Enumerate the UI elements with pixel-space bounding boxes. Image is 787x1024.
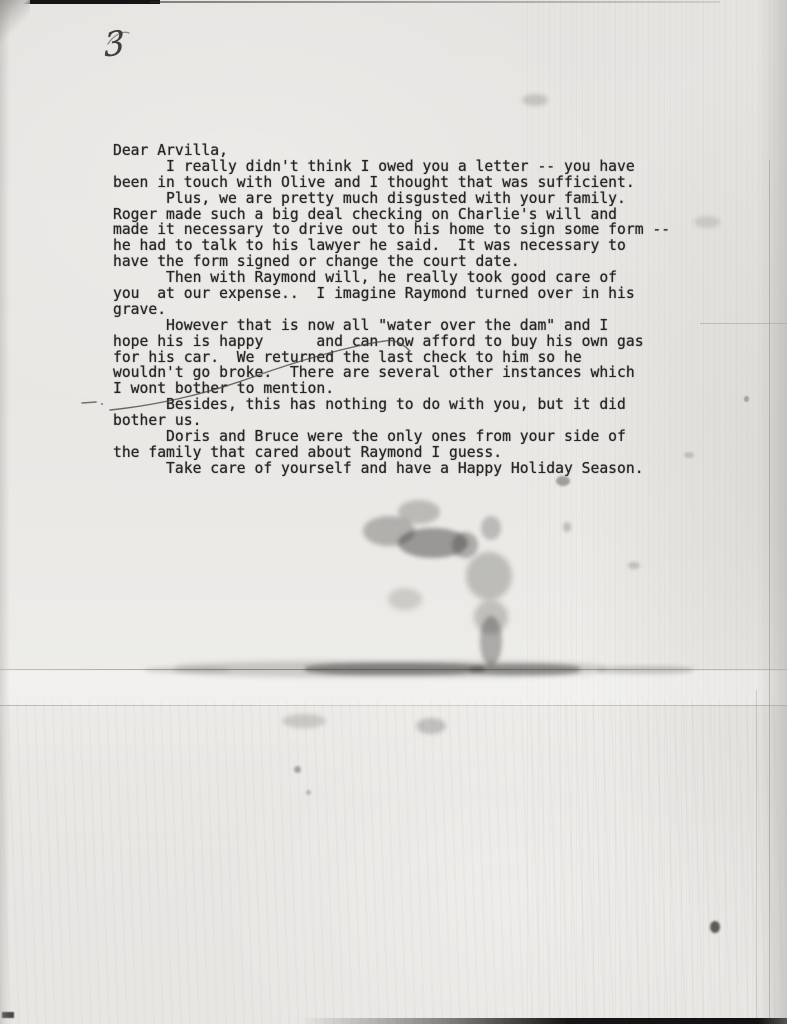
letter-line: I wont bother to mention.: [113, 381, 670, 397]
ink-smudge-band: [175, 661, 605, 677]
letter-line: However that is now all "water over the …: [113, 318, 670, 334]
letter-line: Plus, we are pretty much disgusted with …: [113, 191, 670, 207]
ink-smudge: [294, 766, 301, 773]
letter-body: Dear Arvilla, I really didn't think I ow…: [113, 143, 670, 477]
scan-edge-top: [150, 1, 720, 3]
paper-texture-streaks-bottom: [0, 700, 787, 1024]
fold-crease: [0, 669, 787, 670]
scan-edge-left-shade: [0, 0, 10, 1024]
ink-smudge: [466, 552, 512, 600]
ink-smudge: [628, 562, 640, 569]
fold-crease: [0, 705, 787, 706]
letter-line: he had to talk to his lawyer he said. It…: [113, 238, 670, 254]
letter-line: made it necessary to drive out to his ho…: [113, 222, 670, 238]
ink-smudge: [282, 714, 326, 728]
letter-line: have the form signed or change the court…: [113, 254, 670, 270]
ink-smudge: [556, 476, 570, 486]
ink-smudge: [694, 216, 720, 228]
letter-line: the family that cared about Raymond I gu…: [113, 445, 670, 461]
ink-smudge: [398, 528, 468, 558]
ink-smudge-band: [470, 664, 580, 675]
letter-line: grave.: [113, 302, 670, 318]
ink-smudge: [480, 616, 502, 666]
ink-smudge: [744, 396, 749, 402]
letter-line: been in touch with Olive and I thought t…: [113, 175, 670, 191]
fold-crease: [769, 160, 770, 1024]
ink-smudge: [684, 452, 694, 458]
ink-smudge: [563, 522, 571, 532]
letter-line: hope his is happy and can now afford to …: [113, 334, 670, 350]
handwritten-page-number: 3: [103, 22, 125, 65]
scan-edge-bottom-tick: [2, 1012, 14, 1018]
fold-crease: [0, 671, 787, 705]
letter-line: I really didn't think I owed you a lette…: [113, 159, 670, 175]
ink-smudge: [363, 516, 415, 546]
letter-line: Dear Arvilla,: [113, 143, 670, 159]
ink-smudge-band: [145, 667, 230, 673]
ink-smudge: [306, 790, 311, 795]
scan-edge-bottom: [300, 1018, 787, 1024]
letter-line: wouldn't go broke. There are several oth…: [113, 365, 670, 381]
fold-crease: [756, 690, 757, 1024]
ink-smudge: [481, 516, 501, 540]
ink-smudge: [474, 600, 508, 634]
letter-line: Then with Raymond will, he really took g…: [113, 270, 670, 286]
ink-smudge: [388, 588, 422, 610]
scan-edge-top: [0, 0, 160, 4]
ink-smudge: [710, 921, 720, 933]
letter-line: you at our expense.. I imagine Raymond t…: [113, 286, 670, 302]
letter-line: Doris and Bruce were the only ones from …: [113, 429, 670, 445]
ink-smudge: [452, 532, 478, 558]
corner-curl: [0, 0, 30, 44]
letter-line: Besides, this has nothing to do with you…: [113, 397, 670, 413]
scan-edge-right-shade: [758, 0, 787, 1024]
letter-line: bother us.: [113, 413, 670, 429]
letter-line: Take care of yourself and have a Happy H…: [113, 461, 670, 477]
ink-smudge: [522, 94, 548, 106]
ink-smudge: [416, 718, 446, 734]
scanned-letter-page: 3 Dear Arvilla, I really didn't think I …: [0, 0, 787, 1024]
ink-smudge-band: [305, 663, 485, 675]
fold-crease: [700, 323, 787, 324]
ink-smudge-band: [598, 666, 693, 674]
ink-smudge: [398, 500, 440, 524]
